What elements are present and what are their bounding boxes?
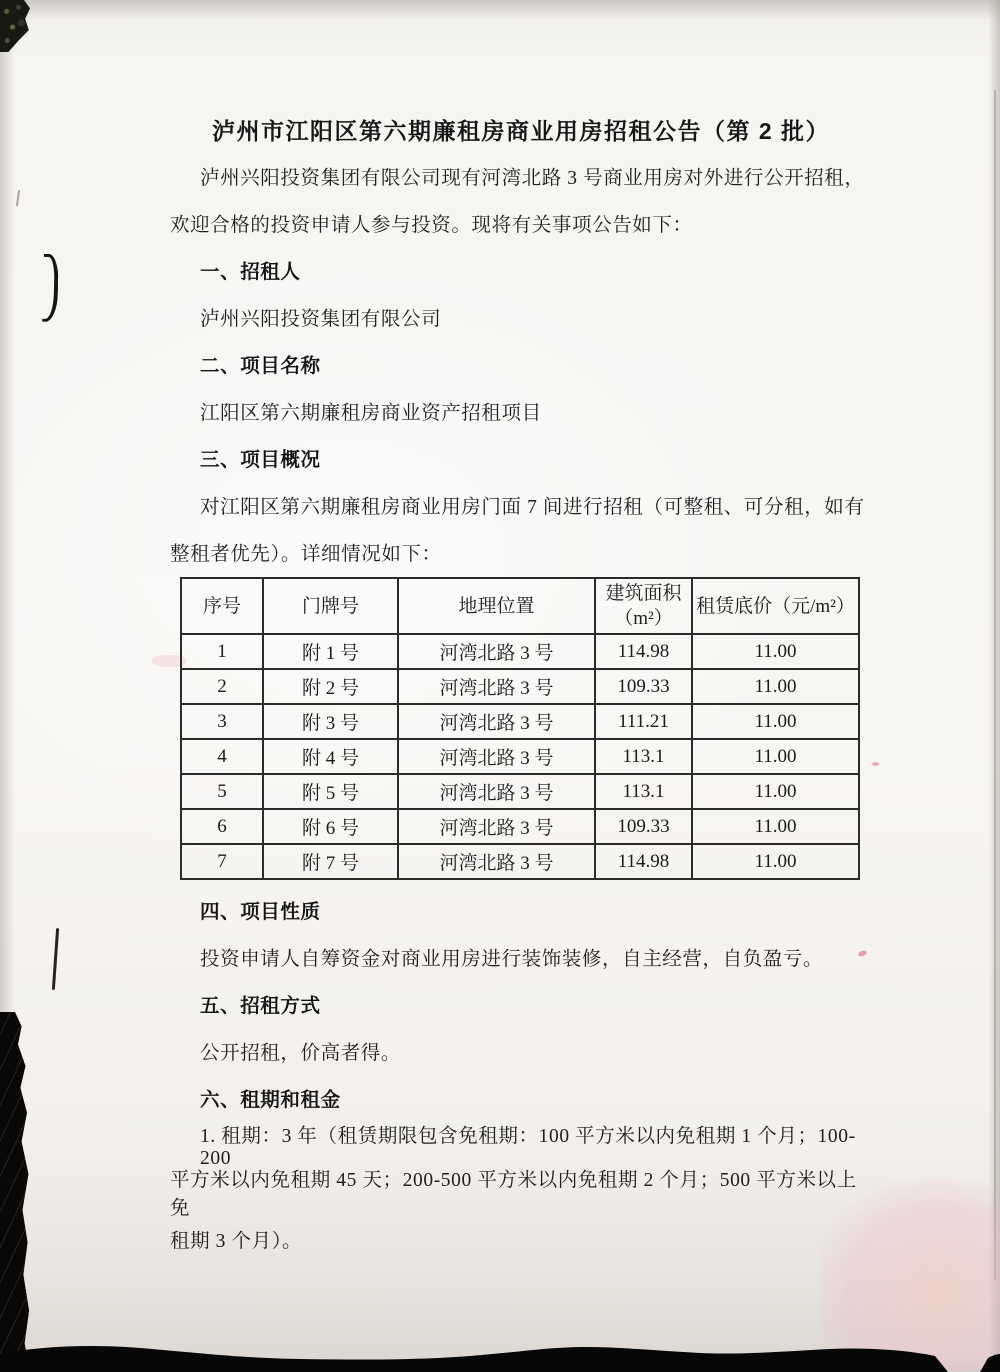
scanner-top-shadow bbox=[0, 0, 1000, 20]
table-row: 5 附 5 号 河湾北路 3 号 113.1 11.00 bbox=[181, 774, 859, 809]
header-area-line-2: （m²） bbox=[614, 608, 672, 629]
section-5-heading: 五、招租方式 bbox=[170, 980, 872, 1027]
cell-seq: 6 bbox=[181, 809, 263, 844]
pink-speck bbox=[872, 762, 879, 766]
ink-line-mark bbox=[52, 928, 59, 990]
section-4-body: 投资申请人自筹资金对商业用房进行装饰装修，自主经营，自负盈亏。 bbox=[170, 933, 872, 980]
cell-price: 11.00 bbox=[692, 669, 859, 704]
section-6-line-2: 平方米以内免租期 45 天；200-500 平方米以内免租期 2 个月；500 … bbox=[170, 1168, 872, 1215]
header-area-line-1: 建筑面积 bbox=[605, 583, 681, 604]
cell-area: 111.21 bbox=[595, 704, 692, 739]
cell-area: 109.33 bbox=[595, 669, 692, 704]
cell-location: 河湾北路 3 号 bbox=[398, 634, 595, 669]
corner-stain bbox=[0, 0, 30, 52]
cell-location: 河湾北路 3 号 bbox=[398, 704, 595, 739]
cell-seq: 5 bbox=[181, 774, 263, 809]
section-5-body: 公开招租，价高者得。 bbox=[170, 1027, 872, 1074]
cell-seq: 4 bbox=[181, 739, 263, 774]
table-header-row: 序号 门牌号 地理位置 建筑面积 （m²） 租赁底价（元/m²） bbox=[181, 578, 859, 634]
scanned-document-page: 泸州市江阳区第六期廉租房商业用房招租公告（第 2 批） 泸州兴阳投资集团有限公司… bbox=[0, 0, 1000, 1372]
cell-area: 113.1 bbox=[595, 739, 692, 774]
table-row: 4 附 4 号 河湾北路 3 号 113.1 11.00 bbox=[181, 739, 859, 774]
header-cell-area: 建筑面积 （m²） bbox=[595, 578, 692, 634]
section-4-heading: 四、项目性质 bbox=[170, 886, 872, 933]
cell-door: 附 1 号 bbox=[263, 634, 398, 669]
section-1-body: 泸州兴阳投资集团有限公司 bbox=[170, 293, 872, 340]
cell-seq: 2 bbox=[181, 669, 263, 704]
section-3-line-2: 整租者优先）。详细情况如下： bbox=[170, 528, 872, 575]
left-edge-ink-stain bbox=[0, 1012, 30, 1372]
section-6-line-3: 租期 3 个月）。 bbox=[170, 1215, 872, 1262]
cell-door: 附 7 号 bbox=[263, 844, 398, 879]
cell-location: 河湾北路 3 号 bbox=[398, 774, 595, 809]
cell-location: 河湾北路 3 号 bbox=[398, 669, 595, 704]
cell-price: 11.00 bbox=[692, 704, 859, 739]
cell-price: 11.00 bbox=[692, 809, 859, 844]
paper-fold-line bbox=[994, 90, 996, 1280]
section-6-line-1: 1. 租期：3 年（租赁期限包含免租期：100 平方米以内免租期 1 个月；10… bbox=[170, 1121, 872, 1168]
cell-area: 109.33 bbox=[595, 809, 692, 844]
header-cell-price: 租赁底价（元/m²） bbox=[692, 578, 859, 634]
section-2-heading: 二、项目名称 bbox=[170, 340, 872, 387]
table-row: 7 附 7 号 河湾北路 3 号 114.98 11.00 bbox=[181, 844, 859, 879]
cell-seq: 3 bbox=[181, 704, 263, 739]
cell-location: 河湾北路 3 号 bbox=[398, 809, 595, 844]
cell-door: 附 5 号 bbox=[263, 774, 398, 809]
cell-door: 附 4 号 bbox=[263, 739, 398, 774]
table-row: 3 附 3 号 河湾北路 3 号 111.21 11.00 bbox=[181, 704, 859, 739]
cell-location: 河湾北路 3 号 bbox=[398, 739, 595, 774]
document-content: 泸州市江阳区第六期廉租房商业用房招租公告（第 2 批） 泸州兴阳投资集团有限公司… bbox=[170, 106, 872, 1262]
header-cell-door: 门牌号 bbox=[263, 578, 398, 634]
page-title: 泸州市江阳区第六期廉租房商业用房招租公告（第 2 批） bbox=[170, 106, 872, 152]
cell-area: 113.1 bbox=[595, 774, 692, 809]
section-3-line-1: 对江阳区第六期廉租房商业用房门面 7 间进行招租（可整租、可分租，如有 bbox=[170, 481, 872, 528]
intro-line-1: 泸州兴阳投资集团有限公司现有河湾北路 3 号商业用房对外进行公开招租， bbox=[170, 152, 872, 199]
cell-price: 11.00 bbox=[692, 634, 859, 669]
intro-line-2: 欢迎合格的投资申请人参与投资。现将有关事项公告如下： bbox=[170, 199, 872, 246]
table-row: 1 附 1 号 河湾北路 3 号 114.98 11.00 bbox=[181, 634, 859, 669]
cell-price: 11.00 bbox=[692, 739, 859, 774]
cell-area: 114.98 bbox=[595, 634, 692, 669]
cell-door: 附 6 号 bbox=[263, 809, 398, 844]
cell-door: 附 2 号 bbox=[263, 669, 398, 704]
ink-bracket-mark bbox=[42, 254, 59, 322]
section-2-body: 江阳区第六期廉租房商业资产招租项目 bbox=[170, 387, 872, 434]
cell-price: 11.00 bbox=[692, 844, 859, 879]
cell-location: 河湾北路 3 号 bbox=[398, 844, 595, 879]
header-cell-seq: 序号 bbox=[181, 578, 263, 634]
section-1-heading: 一、招租人 bbox=[170, 246, 872, 293]
table-row: 6 附 6 号 河湾北路 3 号 109.33 11.00 bbox=[181, 809, 859, 844]
section-6-heading: 六、租期和租金 bbox=[170, 1074, 872, 1121]
cell-door: 附 3 号 bbox=[263, 704, 398, 739]
bottom-scan-band bbox=[0, 1344, 1000, 1372]
section-3-heading: 三、项目概况 bbox=[170, 434, 872, 481]
cell-seq: 1 bbox=[181, 634, 263, 669]
cell-price: 11.00 bbox=[692, 774, 859, 809]
header-cell-location: 地理位置 bbox=[398, 578, 595, 634]
cell-seq: 7 bbox=[181, 844, 263, 879]
premises-table: 序号 门牌号 地理位置 建筑面积 （m²） 租赁底价（元/m²） 1 附 1 号… bbox=[180, 577, 860, 880]
cell-area: 114.98 bbox=[595, 844, 692, 879]
table-row: 2 附 2 号 河湾北路 3 号 109.33 11.00 bbox=[181, 669, 859, 704]
